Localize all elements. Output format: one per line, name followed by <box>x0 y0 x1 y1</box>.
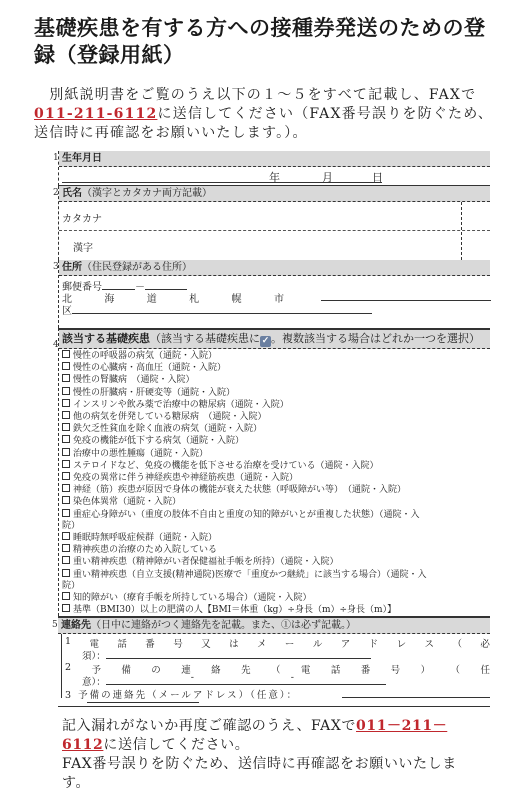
divider <box>461 202 462 260</box>
label-char: 任 <box>480 662 490 676</box>
checkbox[interactable] <box>62 411 70 419</box>
kanji-field[interactable]: 漢字 <box>73 239 93 254</box>
checkbox[interactable] <box>62 374 70 382</box>
backup-email-field[interactable] <box>342 687 490 698</box>
condition-item[interactable]: 慢性の心臓病・高血圧（通院・入院） <box>59 362 490 374</box>
section-address: 3 住所（住民登録がある住所） 郵便番号－ 北 海 道 札 幌 市 区 <box>58 260 490 328</box>
label-char: 必 <box>480 636 490 650</box>
phone-email-blank <box>106 649 371 659</box>
checkbox[interactable] <box>62 569 70 577</box>
checkbox[interactable] <box>62 592 70 600</box>
condition-item[interactable]: 免疫の異常に伴う神経疾患や神経筋疾患（通院・入院） <box>59 472 490 484</box>
condition-label: 慢性の肝臓病・肝硬変等（通院・入院） <box>73 388 235 398</box>
condition-label: ステロイドなど、免疫の機能を低下させる治療を受けている（通院・入院） <box>73 461 379 471</box>
ward-field[interactable]: 区 <box>62 302 372 317</box>
section-sub: （住民登録がある住所） <box>82 262 192 273</box>
backup-email-label: 3 予備の連絡先（メールアドレス）（任意）： <box>65 687 298 701</box>
footer-text: FAX番号誤りを防ぐため、送信時に再確認をお願いいたします。 <box>62 756 457 791</box>
condition-item[interactable]: 他の病気を併発している糖尿病 （通院・入院） <box>59 411 490 423</box>
fax-number-link[interactable]: 011-211-6112 <box>34 106 157 122</box>
condition-label: 重い精神疾患（精神障がい者保健福祉手帳を所持）（通院・入院） <box>73 557 339 567</box>
condition-label: 染色体異常（通院・入院） <box>73 497 181 507</box>
label-char: ス <box>425 636 435 650</box>
section-number: 4 <box>53 340 59 350</box>
label-char: レ <box>397 636 407 650</box>
footer-text: に送信してください。 <box>103 737 249 753</box>
dash: - <box>291 672 294 683</box>
condition-label: 慢性の心臓病・高血圧（通院・入院） <box>73 363 226 373</box>
condition-label: 睡眠時無呼吸症候群（通院・入院） <box>73 533 217 543</box>
label-char: 号 <box>391 662 401 676</box>
section-header: 該当する基礎疾患（該当する基礎疾患に✓。複数該当する場合はどれか一つを選択） <box>59 330 490 349</box>
label-char: ） <box>421 662 431 676</box>
condition-label: 他の病気を併発している糖尿病 （通院・入院） <box>73 412 267 422</box>
divider <box>59 230 490 231</box>
section-label: 連絡先 <box>61 620 91 631</box>
checkbox[interactable] <box>62 472 70 480</box>
section-header: 生年月日 <box>59 151 490 167</box>
birthdate-underline <box>62 182 382 183</box>
condition-label: 免疫の機能が低下する病気（通院・入院） <box>73 436 244 446</box>
condition-label: 知的障がい（療育手帳を所持している場合）（通院・入院） <box>73 593 312 603</box>
form-bottom-border <box>58 706 490 707</box>
section-contact: 5 連絡先（日中に連絡がつく連絡先を記載。また、①は必ず記載。） 1 電 話 番… <box>58 616 490 707</box>
label-char: （ <box>452 636 462 650</box>
condition-item[interactable]: 睡眠時無呼吸症候群（通院・入院） <box>59 532 490 544</box>
condition-item[interactable]: 治療中の悪性腫瘍（通院・入院） <box>59 448 490 460</box>
intro-paragraph: 別紙説明書をご覧のうえ以下の１～５をすべて記載し、FAXで011-211-611… <box>34 86 504 143</box>
condition-item[interactable]: 重い精神疾患（精神障がい者保健福祉手帳を所持）（通院・入院） <box>59 556 490 568</box>
condition-label: 慢性の腎臓病 （通院・入院） <box>73 375 195 385</box>
checkbox[interactable] <box>62 350 70 358</box>
backup-phone-field[interactable]: 意）：-- <box>82 674 386 688</box>
condition-item[interactable]: 染色体異常（通院・入院） <box>59 496 490 508</box>
condition-label: 慢性の呼吸器の病気（通院・入院） <box>73 351 217 361</box>
checkbox[interactable] <box>62 496 70 504</box>
condition-item[interactable]: 鉄欠乏性貧血を除く血液の病気（通院・入院） <box>59 423 490 435</box>
condition-item[interactable]: ステロイドなど、免疫の機能を低下させる治療を受けている（通院・入院） <box>59 460 490 472</box>
condition-item-continuation: 院） <box>59 521 490 532</box>
checkbox[interactable] <box>62 387 70 395</box>
checkbox[interactable] <box>62 509 70 517</box>
label-cont: 須）： <box>82 651 106 662</box>
name-fields: カタカナ 漢字 <box>59 202 490 260</box>
section-name: 2 氏名（漢字とカタカナ両方記載） カタカナ 漢字 <box>58 186 490 260</box>
section-header: 住所（住民登録がある住所） <box>59 260 490 276</box>
condition-label: 重い精神疾患（自立支援(精神通院)医療で「重度かつ継続」に該当する場合）（通院・… <box>73 570 427 580</box>
condition-item[interactable]: 免疫の機能が低下する病気（通院・入院） <box>59 435 490 447</box>
condition-label: 鉄欠乏性貧血を除く血液の病気（通院・入院） <box>73 424 262 434</box>
dash: - <box>191 672 194 683</box>
birthdate-input[interactable]: 年 月 日 <box>59 167 490 186</box>
section-number: 3 <box>53 262 59 272</box>
condition-item[interactable]: 慢性の呼吸器の病気（通院・入院） <box>59 350 490 362</box>
footer-text: 記入漏れがないか再度ご確認のうえ、FAXで <box>62 718 356 734</box>
condition-label: 重症心身障がい（重度の肢体不自由と重度の知的障がいとが重複した状態）（通院・入 <box>73 510 420 520</box>
section-number: 5 <box>52 620 58 630</box>
condition-label: 治療中の悪性腫瘍（通院・入院） <box>73 449 208 459</box>
condition-item[interactable]: 基準（BMI30）以上の肥満の人【BMI＝体重（kg）÷身長（m）÷身長（m）】 <box>59 604 490 616</box>
city-blank[interactable] <box>321 290 491 301</box>
postal-blank-1 <box>102 280 135 290</box>
address-fields: 郵便番号－ 北 海 道 札 幌 市 区 <box>59 276 490 328</box>
condition-item[interactable]: 慢性の腎臓病 （通院・入院） <box>59 374 490 386</box>
section-sub: （漢字とカタカナ両方記載） <box>82 188 212 199</box>
ward-blank <box>72 304 372 314</box>
backup-email-field-cont[interactable] <box>87 702 199 703</box>
katakana-field[interactable]: カタカナ <box>62 210 102 225</box>
label-char: （ <box>451 662 461 676</box>
checkbox[interactable] <box>62 435 70 443</box>
footer-note: 記入漏れがないか再度ご確認のうえ、FAXで011－211－6112に送信してくだ… <box>62 717 482 793</box>
checkbox[interactable] <box>62 484 70 492</box>
section-label: 生年月日 <box>62 153 102 164</box>
condition-label: 院） <box>62 581 80 591</box>
condition-item[interactable]: 重い精神疾患（自立支援(精神通院)医療で「重度かつ継続」に該当する場合）（通院・… <box>59 569 490 581</box>
section-sub: （日中に連絡がつく連絡先を記載。また、①は必ず記載。） <box>91 620 356 631</box>
condition-item[interactable]: 神経（筋）疾患が原因で身体の機能が衰えた状態（呼吸障がい等） （通院・入院） <box>59 484 490 496</box>
condition-label: 神経（筋）疾患が原因で身体の機能が衰えた状態（呼吸障がい等） （通院・入院） <box>73 485 406 495</box>
condition-item[interactable]: 知的障がい（療育手帳を所持している場合）（通院・入院） <box>59 592 490 604</box>
condition-label: 院） <box>62 521 80 531</box>
checkbox[interactable] <box>62 532 70 540</box>
phone-email-field[interactable]: 須）： <box>82 648 371 662</box>
section-label: 該当する基礎疾患 <box>62 332 150 345</box>
section-number: 1 <box>53 153 59 163</box>
condition-label: 基準（BMI30）以上の肥満の人【BMI＝体重（kg）÷身長（m）÷身長（m）】 <box>73 605 396 615</box>
condition-item[interactable]: 重症心身障がい（重度の肢体不自由と重度の知的障がいとが重複した状態）（通院・入 <box>59 509 490 521</box>
section-conditions: 4 該当する基礎疾患（該当する基礎疾患に✓。複数該当する場合はどれか一つを選択）… <box>58 328 490 616</box>
page-title: 基礎疾患を有する方への接種券発送のための登録（登録用紙） <box>34 14 504 68</box>
conditions-list: 慢性の呼吸器の病気（通院・入院） 慢性の心臓病・高血圧（通院・入院） 慢性の腎臓… <box>59 349 490 616</box>
condition-label: 免疫の異常に伴う神経疾患や神経筋疾患（通院・入院） <box>73 473 298 483</box>
checkbox[interactable] <box>62 399 70 407</box>
checkmark-icon: ✓ <box>260 336 271 347</box>
postal-blank-2 <box>145 280 187 290</box>
section-sub: 。複数該当する場合はどれか一つを選択） <box>271 332 480 345</box>
item-number: 2 <box>65 662 71 676</box>
intro-text-before: 別紙説明書をご覧のうえ以下の１～５をすべて記載し、FAXで <box>34 87 476 103</box>
condition-item[interactable]: 精神疾患の治療のため入院している <box>59 544 490 556</box>
condition-label: インスリンや飲み薬で治療中の糖尿病（通院・入院） <box>73 400 289 410</box>
condition-item[interactable]: 慢性の肝臓病・肝硬変等（通院・入院） <box>59 387 490 399</box>
condition-item-continuation: 院） <box>59 581 490 592</box>
checkbox[interactable] <box>62 362 70 370</box>
condition-item[interactable]: インスリンや飲み薬で治療中の糖尿病（通院・入院） <box>59 399 490 411</box>
checkbox[interactable] <box>62 460 70 468</box>
checkbox[interactable] <box>62 448 70 456</box>
checkbox[interactable] <box>62 423 70 431</box>
section-header: 氏名（漢字とカタカナ両方記載） <box>59 186 490 202</box>
checkbox[interactable] <box>62 544 70 552</box>
checkbox[interactable] <box>62 556 70 564</box>
item-number: 1 <box>65 636 71 650</box>
section-sub: （該当する基礎疾患に <box>150 332 260 345</box>
contact-fields: 1 電 話 番 号 又 は メ ー ル ア ド レ ス （ 必 須）： 2 予 <box>61 634 490 698</box>
ward-label: 区 <box>62 306 72 317</box>
backup-phone-blank: -- <box>106 675 386 685</box>
section-label: 氏名 <box>62 188 82 199</box>
checkbox[interactable] <box>62 604 70 612</box>
section-birthdate: 1 生年月日 年 月 日 <box>58 151 490 186</box>
section-header: 連絡先（日中に連絡がつく連絡先を記載。また、①は必ず記載。） <box>58 618 490 634</box>
section-label: 住所 <box>62 262 82 273</box>
registration-form: 1 生年月日 年 月 日 2 氏名（漢字とカタカナ両方記載） カタカナ 漢字 3… <box>58 151 490 707</box>
condition-label: 精神疾患の治療のため入院している <box>73 545 217 555</box>
section-number: 2 <box>53 188 59 198</box>
